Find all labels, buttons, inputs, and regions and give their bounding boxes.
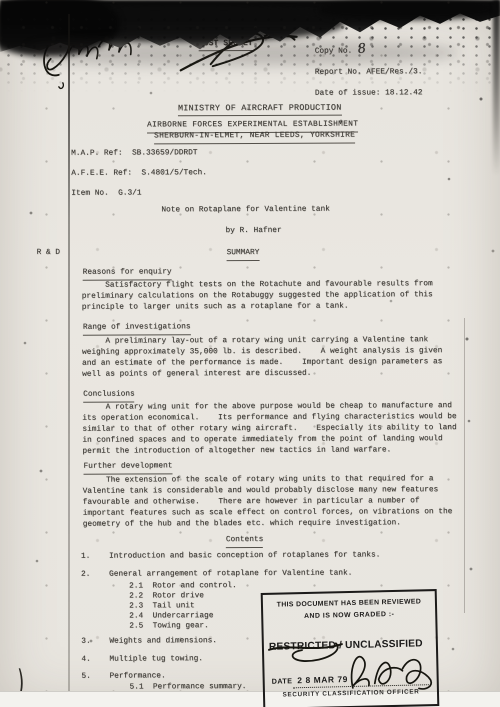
- stamp-date-value: 2 8 MAR 79: [297, 674, 348, 685]
- scan-specks: [0, 0, 2, 2]
- left-fold-line: [68, 14, 70, 696]
- stamp-date-line: DATE2 8 MAR 79: [272, 674, 349, 686]
- stamp-reviewed-line: THIS DOCUMENT HAS BEEN REVIEWED: [263, 598, 435, 609]
- scanned-document-page: MOST SECRET Copy No.8 Report No. AFEE/Re…: [0, 0, 500, 707]
- restricted-strikethrough-scribble: [266, 636, 349, 668]
- right-edge-streak: [493, 0, 500, 175]
- stamp-signature: [344, 646, 435, 696]
- stamp-graded-line: AND IS NOW GRADED :-: [263, 610, 435, 621]
- declassification-stamp: THIS DOCUMENT HAS BEEN REVIEWED AND IS N…: [261, 589, 440, 707]
- stamp-date-label: DATE: [272, 676, 293, 685]
- right-scan-line: [464, 318, 465, 613]
